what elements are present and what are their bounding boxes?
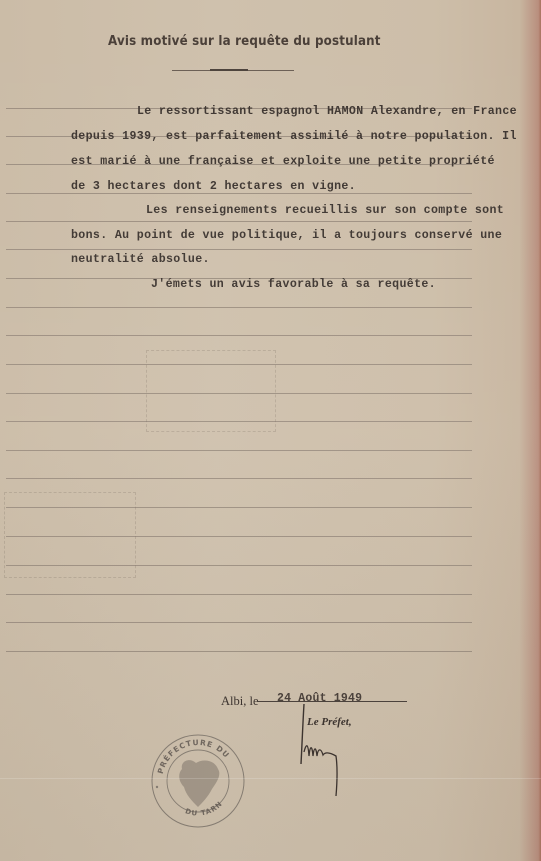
ruled-line — [6, 193, 472, 194]
seal-text-bottom: DU TARN — [184, 800, 224, 818]
ruled-line — [6, 307, 472, 308]
body-line: est marié à une française et exploite un… — [71, 155, 495, 168]
ruled-line — [6, 478, 472, 479]
ruled-line — [6, 249, 472, 250]
show-through-mark — [146, 350, 276, 432]
body-line: neutralité absolue. — [71, 253, 210, 266]
prefecture-seal-icon: PRÉFECTURE DU DU TARN — [148, 731, 248, 831]
ruled-line — [6, 221, 472, 222]
paper-fold — [0, 778, 541, 779]
ruled-line — [6, 335, 472, 336]
body-line: Le ressortissant espagnol HAMON Alexandr… — [137, 105, 517, 118]
body-line: depuis 1939, est parfaitement assimilé à… — [71, 130, 517, 143]
ruled-line — [6, 651, 472, 652]
show-through-mark — [4, 492, 136, 578]
ruled-line — [6, 594, 472, 595]
body-line: de 3 hectares dont 2 hectares en vigne. — [71, 180, 356, 193]
place-label: Albi, le — [221, 694, 259, 709]
signature-icon — [296, 700, 356, 800]
body-line: bons. Au point de vue politique, il a to… — [71, 229, 502, 242]
body-line: J'émets un avis favorable à sa requête. — [151, 278, 436, 291]
ruled-line — [6, 622, 472, 623]
ruled-line — [6, 450, 472, 451]
document-title: Avis motivé sur la requête du postulant — [108, 33, 381, 49]
title-divider — [172, 70, 294, 71]
svg-text:DU TARN: DU TARN — [184, 800, 224, 818]
body-line: Les renseignements recueillis sur son co… — [146, 204, 504, 217]
document-page: Avis motivé sur la requête du postulant … — [0, 0, 541, 861]
